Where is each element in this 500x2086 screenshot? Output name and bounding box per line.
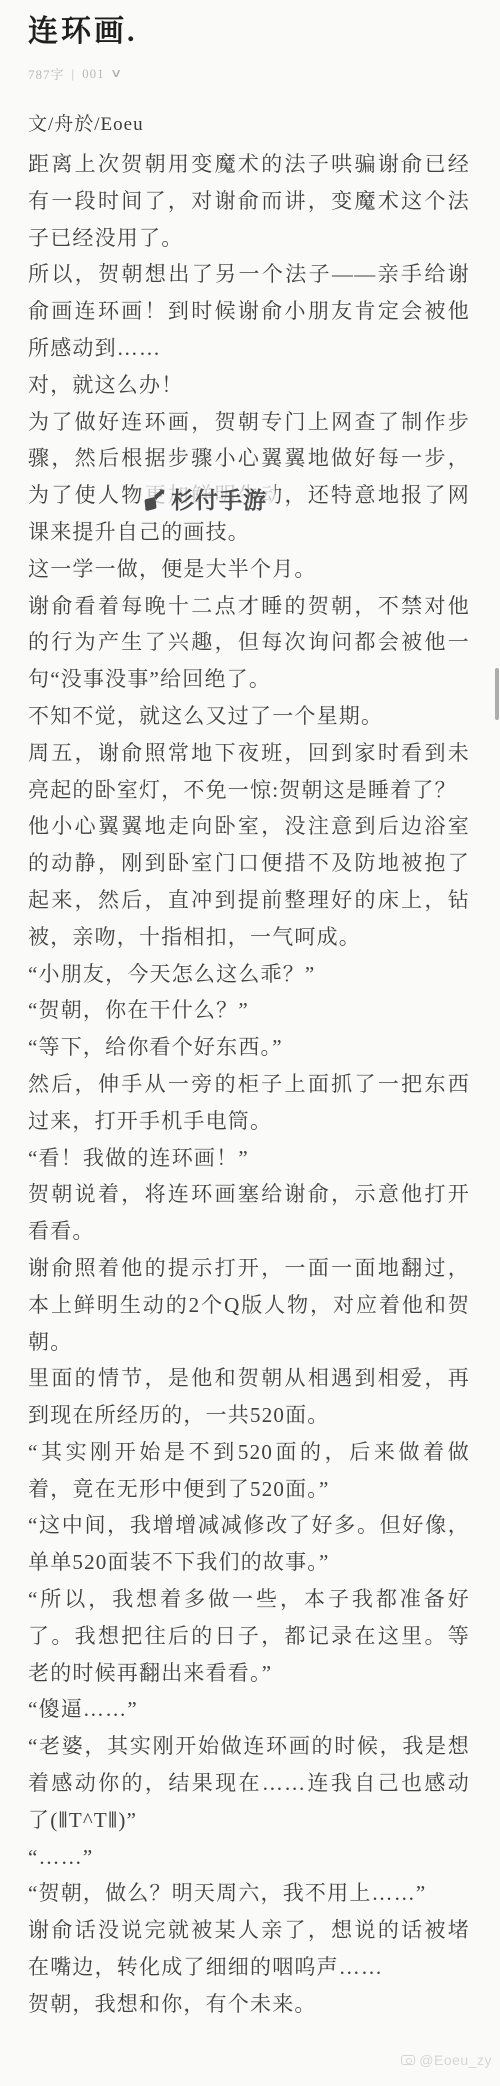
paragraph: “小朋友，今天怎么这么乖？” xyxy=(28,956,470,993)
site-watermark: ➦ 杉付手游 xyxy=(142,480,275,517)
paragraph: “等下，给你看个好东西。” xyxy=(28,1029,470,1066)
paragraph: 所以，贺朝想出了另一个法子——亲手给谢俞画连环画！到时候谢俞小朋友肯定会被他所感… xyxy=(28,256,470,366)
paragraph: “看！我做的连环画！” xyxy=(28,1140,470,1177)
paragraph: 为了做好连环画，贺朝专门上网查了制作步骤，然后根据步骤小心翼翼地做好每一步，为了… xyxy=(28,404,470,551)
paragraph: 谢俞照着他的提示打开，一面一面地翻过，本上鲜明生动的2个Q版人物，对应着他和贺朝… xyxy=(28,1250,470,1360)
paragraph: 不知不觉，就这么又过了一个星期。 xyxy=(28,698,470,735)
chevron-down-icon[interactable]: ∨ xyxy=(110,66,124,81)
paragraph: 里面的情节，是他和贺朝从相遇到相爱，再到现在所经历的，一共520面。 xyxy=(28,1360,470,1434)
word-count: 787字 xyxy=(28,64,65,83)
chapter-title: 连环画. xyxy=(28,14,470,50)
paragraph: “所以，我想着多做一些，本子我都准备好了。我想把往后的日子，都记录在这里。等老的… xyxy=(28,1581,470,1691)
paragraph: 贺朝，我想和你，有个未来。 xyxy=(28,1986,470,2023)
paragraph: 距离上次贺朝用变魔术的法子哄骗谢俞已经有一段时间了，对谢俞而讲，变魔术这个法子已… xyxy=(28,146,470,256)
paragraph: “老婆，其实刚开始做连环画的时候，我是想着感动你的，结果现在……连我自己也感动了… xyxy=(28,1728,470,1838)
paragraph: 然后，伸手从一旁的柜子上面抓了一把东西过来，打开手机手电筒。 xyxy=(28,1066,470,1140)
paragraph: “……” xyxy=(28,1839,470,1876)
paragraph: “这中间，我增增减减修改了好多。但好像，单单520面装不下我们的故事。” xyxy=(28,1507,470,1581)
meta-divider: | xyxy=(72,66,76,82)
chapter-meta-bar: 787字 | 001 ∨ xyxy=(28,64,470,83)
shanfu-logo-icon: ➦ xyxy=(144,488,166,510)
paragraph: 谢俞话没说完就被某人亲了，想说的话被堵在嘴边，转化成了细细的咽呜声…… xyxy=(28,1912,470,1986)
paragraph: 贺朝说着，将连环画塞给谢俞，示意他打开看看。 xyxy=(28,1176,470,1250)
paragraph: 周五，谢俞照常地下夜班，回到家时看到未亮起的卧室灯，不免一惊:贺朝这是睡着了？ xyxy=(28,735,470,809)
site-watermark-label: 杉付手游 xyxy=(171,482,267,515)
author-handle: @Eoeu_zy xyxy=(419,2052,492,2068)
author-handle-watermark: @Eoeu_zy xyxy=(401,2052,492,2068)
story-body: 距离上次贺朝用变魔术的法子哄骗谢俞已经有一段时间了，对谢俞而讲，变魔术这个法子已… xyxy=(28,146,470,2023)
paragraph: 他小心翼翼地走向卧室，没注意到后边浴室的动静，刚到卧室门口便措不及防地被抱了起来… xyxy=(28,808,470,955)
camera-icon xyxy=(401,2055,415,2065)
reader-page: 连环画. 787字 | 001 ∨ 文/舟於/Eoeu 距离上次贺朝用变魔术的法… xyxy=(0,0,500,2086)
paragraph: “其实刚开始是不到520面的，后来做着做着，竟在无形中便到了520面。” xyxy=(28,1434,470,1508)
paragraph: 对，就这么办！ xyxy=(28,367,470,404)
paragraph: 谢俞看着每晚十二点才睡的贺朝，不禁对他的行为产生了兴趣，但每次询问都会被他一句“… xyxy=(28,588,470,698)
chapter-number: 001 xyxy=(82,66,105,82)
content-area: 连环画. 787字 | 001 ∨ 文/舟於/Eoeu 距离上次贺朝用变魔术的法… xyxy=(0,0,500,2023)
author-byline: 文/舟於/Eoeu xyxy=(28,109,470,136)
paragraph: “傻逼……” xyxy=(28,1691,470,1728)
paragraph: 这一学一做，便是大半个月。 xyxy=(28,551,470,588)
paragraph: “贺朝，你在干什么？” xyxy=(28,992,470,1029)
paragraph: “贺朝，做么？明天周六，我不用上……” xyxy=(28,1875,470,1912)
scrollbar-thumb[interactable] xyxy=(495,668,499,720)
